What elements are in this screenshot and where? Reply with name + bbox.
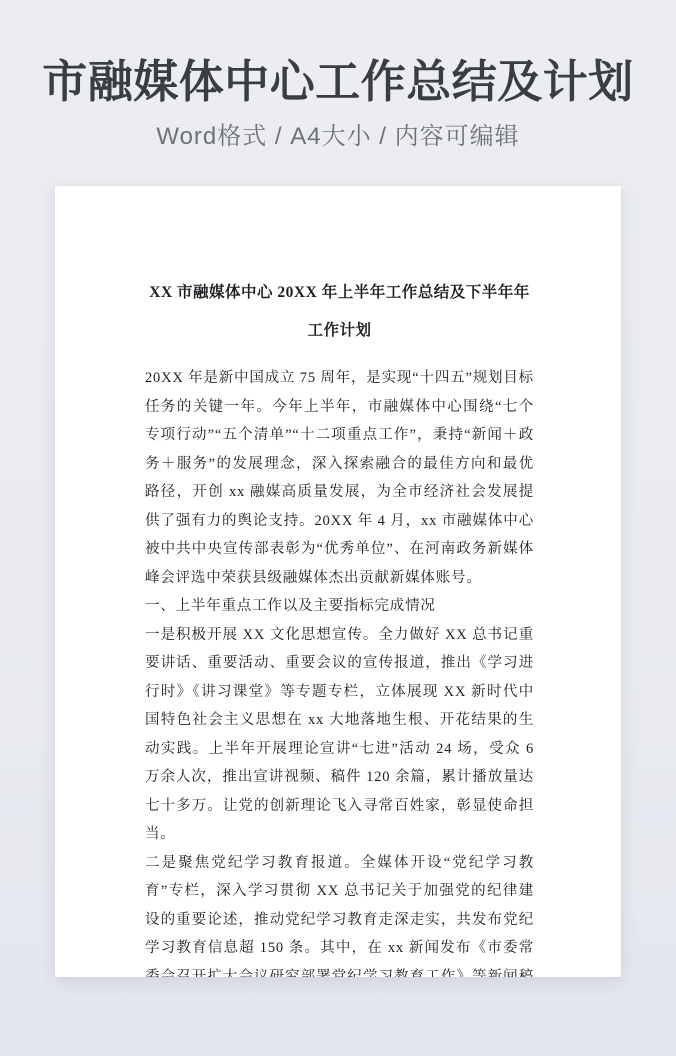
document-paragraph: 二是聚焦党纪学习教育报道。全媒体开设“党纪学习教育”专栏，深入学习贯彻 XX 总… [145, 849, 534, 978]
preview-subtitle: Word格式 / A4大小 / 内容可编辑 [0, 122, 676, 152]
document-title: XX 市融媒体中心 20XX 年上半年工作总结及下半年年工作计划 [145, 274, 534, 350]
document-paragraph: 20XX 年是新中国成立 75 周年，是实现“十四五”规划目标任务的关键一年。今… [145, 364, 534, 592]
document-paragraph: 一、上半年重点工作以及主要指标完成情况 [145, 592, 534, 621]
document-page: XX 市融媒体中心 20XX 年上半年工作总结及下半年年工作计划 20XX 年是… [55, 186, 621, 977]
preview-header: 市融媒体中心工作总结及计划 Word格式 / A4大小 / 内容可编辑 [0, 0, 676, 152]
preview-title: 市融媒体中心工作总结及计划 [0, 56, 676, 108]
document-body: 20XX 年是新中国成立 75 周年，是实现“十四五”规划目标任务的关键一年。今… [145, 364, 534, 977]
document-paragraph: 一是积极开展 XX 文化思想宣传。全力做好 XX 总书记重要讲话、重要活动、重要… [145, 621, 534, 849]
